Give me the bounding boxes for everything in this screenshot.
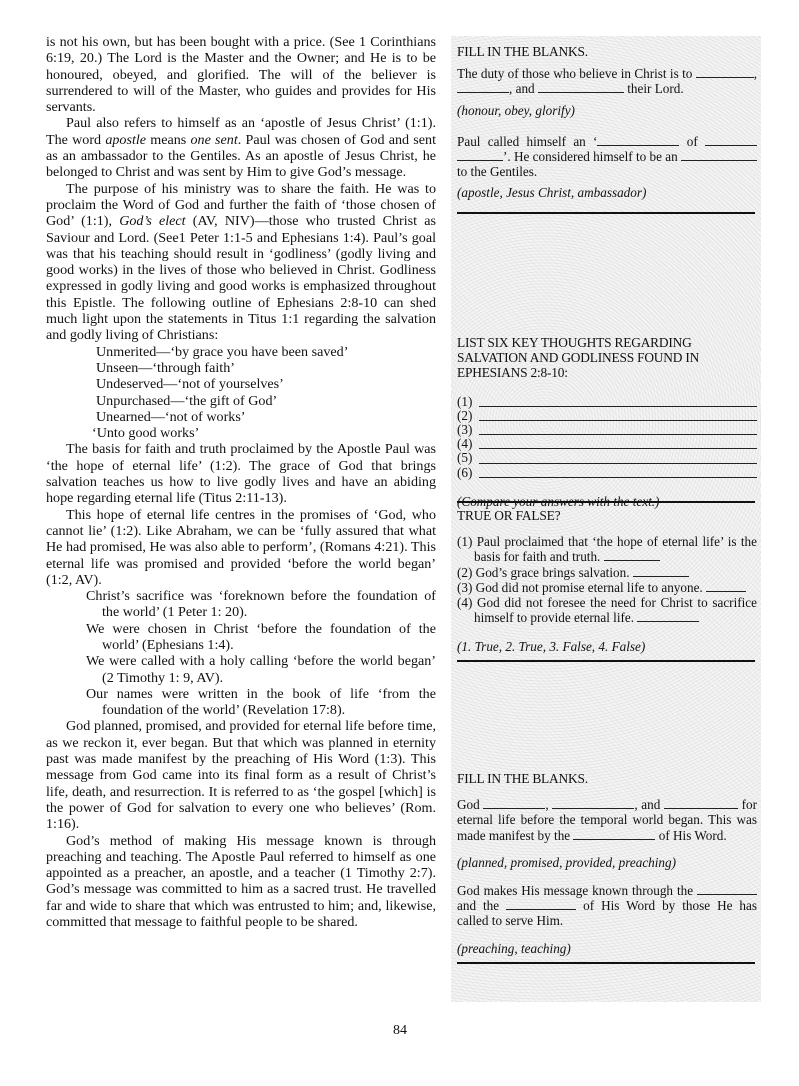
list-number: (6) [457,465,479,480]
paragraph: God planned, promised, and provided for … [46,718,436,832]
true-false-item: (4) God did not foresee the need for Chr… [457,595,757,625]
answer-blank[interactable] [457,149,503,161]
answer-line[interactable] [479,420,757,421]
text: (3) God did not promise eternal life to … [457,580,703,595]
question: God makes His message known through the … [457,883,757,929]
answer-blank[interactable] [457,81,509,93]
true-false-section: TRUE OR FALSE? (1) Paul proclaimed that … [457,508,757,655]
hanging-item: Our names were written in the book of li… [46,686,436,719]
answer-blank[interactable] [705,134,757,146]
answer-key: (preaching, teaching) [457,941,757,956]
divider [457,501,755,503]
answer-blank[interactable] [637,610,699,622]
answer-key: (planned, promised, provided, preaching) [457,855,757,870]
page-number: 84 [393,1023,407,1039]
outline-item: ‘Unto good works’ [46,425,436,441]
answer-blank[interactable] [681,149,757,161]
list-row[interactable]: (5) [457,451,757,465]
answer-blank[interactable] [552,797,634,809]
fill-blanks-section-1: FILL IN THE BLANKS. The duty of those wh… [457,44,757,201]
paragraph: is not his own, but has been bought with… [46,34,436,115]
paragraph: God’s method of making His message known… [46,833,436,931]
hanging-list: Christ’s sacrifice was ‘foreknown before… [46,588,436,718]
outline-item: Unmerited—‘by grace you have been saved’ [46,344,436,360]
section-heading: LIST SIX KEY THOUGHTS REGARDING SALVATIO… [457,335,757,381]
answer-blank[interactable] [697,883,757,895]
answer-blank[interactable] [597,134,679,146]
answer-blank[interactable] [506,898,576,910]
divider [457,212,755,214]
text: (4) God did not foresee the need for Chr… [457,595,757,625]
answer-line[interactable] [479,434,757,435]
text: Paul called himself an ‘ [457,134,597,149]
emphasis: one sent [190,132,237,148]
answer-blank[interactable] [538,81,624,93]
answer-lines: (1) (2) (3) (4) (5) (6) [457,395,757,480]
section-heading: FILL IN THE BLANKS. [457,771,757,786]
paragraph: This hope of eternal life centres in the… [46,507,436,588]
text: means [146,132,190,148]
text: (2) God’s grace brings salvation. [457,565,630,580]
list-number: (5) [457,450,479,465]
answer-blank[interactable] [573,828,655,840]
list-number: (1) [457,394,479,409]
outline-list: Unmerited—‘by grace you have been saved’… [46,344,436,442]
answer-line[interactable] [479,477,757,478]
list-row[interactable]: (3) [457,423,757,437]
text: (AV, NIV)—those who trusted Christ as Sa… [46,213,436,343]
list-row[interactable]: (1) [457,395,757,409]
list-number: (3) [457,422,479,437]
text: , and [634,797,660,812]
text: ’. He considered himself to be an [503,149,678,164]
hanging-item: Christ’s sacrifice was ‘foreknown before… [46,588,436,621]
list-row[interactable]: (2) [457,409,757,423]
answer-line[interactable] [479,448,757,449]
text: , and [509,81,535,96]
text: their Lord. [627,81,683,96]
answer-blank[interactable] [604,549,660,561]
list-section: LIST SIX KEY THOUGHTS REGARDING SALVATIO… [457,335,757,509]
true-false-item: (2) God’s grace brings salvation. [457,565,757,580]
section-heading: FILL IN THE BLANKS. [457,44,757,59]
answer-blank[interactable] [706,580,746,592]
answer-blank[interactable] [633,565,689,577]
question: God , , and for eternal life before the … [457,797,757,843]
main-text-column: is not his own, but has been bought with… [46,34,436,930]
answer-line[interactable] [479,463,757,464]
emphasis: God’s elect [119,213,185,229]
question: The duty of those who believe in Christ … [457,66,757,96]
outline-item: Unseen—‘through faith’ [46,360,436,376]
fill-blanks-section-2: FILL IN THE BLANKS. God , , and for eter… [457,771,757,956]
exercise-sidebar: FILL IN THE BLANKS. The duty of those wh… [451,36,761,1002]
list-row[interactable]: (4) [457,437,757,451]
true-false-item: (3) God did not promise eternal life to … [457,580,757,595]
answer-key: (apostle, Jesus Christ, ambassador) [457,185,757,200]
hanging-item: We were called with a holy calling ‘befo… [46,653,436,686]
answer-key: (honour, obey, glorify) [457,103,757,118]
true-false-item: (1) Paul proclaimed that ‘the hope of et… [457,534,757,564]
answer-key: (1. True, 2. True, 3. False, 4. False) [457,639,757,654]
answer-line[interactable] [479,406,757,407]
divider [457,962,755,964]
paragraph: The purpose of his ministry was to share… [46,181,436,344]
question: Paul called himself an ‘ of ’. He consid… [457,134,757,180]
text: The duty of those who believe in Christ … [457,66,692,81]
hanging-item: We were chosen in Christ ‘before the fou… [46,621,436,654]
outline-item: Unpurchased—‘the gift of God’ [46,393,436,409]
outline-item: Undeserved—‘not of yourselves’ [46,376,436,392]
list-number: (4) [457,436,479,451]
answer-blank[interactable] [664,797,738,809]
text: God makes His message known through the [457,883,693,898]
text: of His Word. [659,828,727,843]
text: to the Gentiles. [457,164,537,179]
list-row[interactable]: (6) [457,466,757,480]
text: of His Word by those He has called to se… [457,898,757,928]
answer-blank[interactable] [696,66,754,78]
answer-blank[interactable] [483,797,545,809]
paragraph: Paul also refers to himself as an ‘apost… [46,115,436,180]
text: and the [457,898,499,913]
list-number: (2) [457,408,479,423]
section-heading: TRUE OR FALSE? [457,508,757,523]
divider [457,660,755,662]
text: of [687,134,698,149]
paragraph: The basis for faith and truth proclaimed… [46,441,436,506]
text: God [457,797,480,812]
text: , [545,797,548,812]
true-false-list: (1) Paul proclaimed that ‘the hope of et… [457,534,757,625]
emphasis: apostle [105,132,146,148]
outline-item: Unearned—‘not of works’ [46,409,436,425]
